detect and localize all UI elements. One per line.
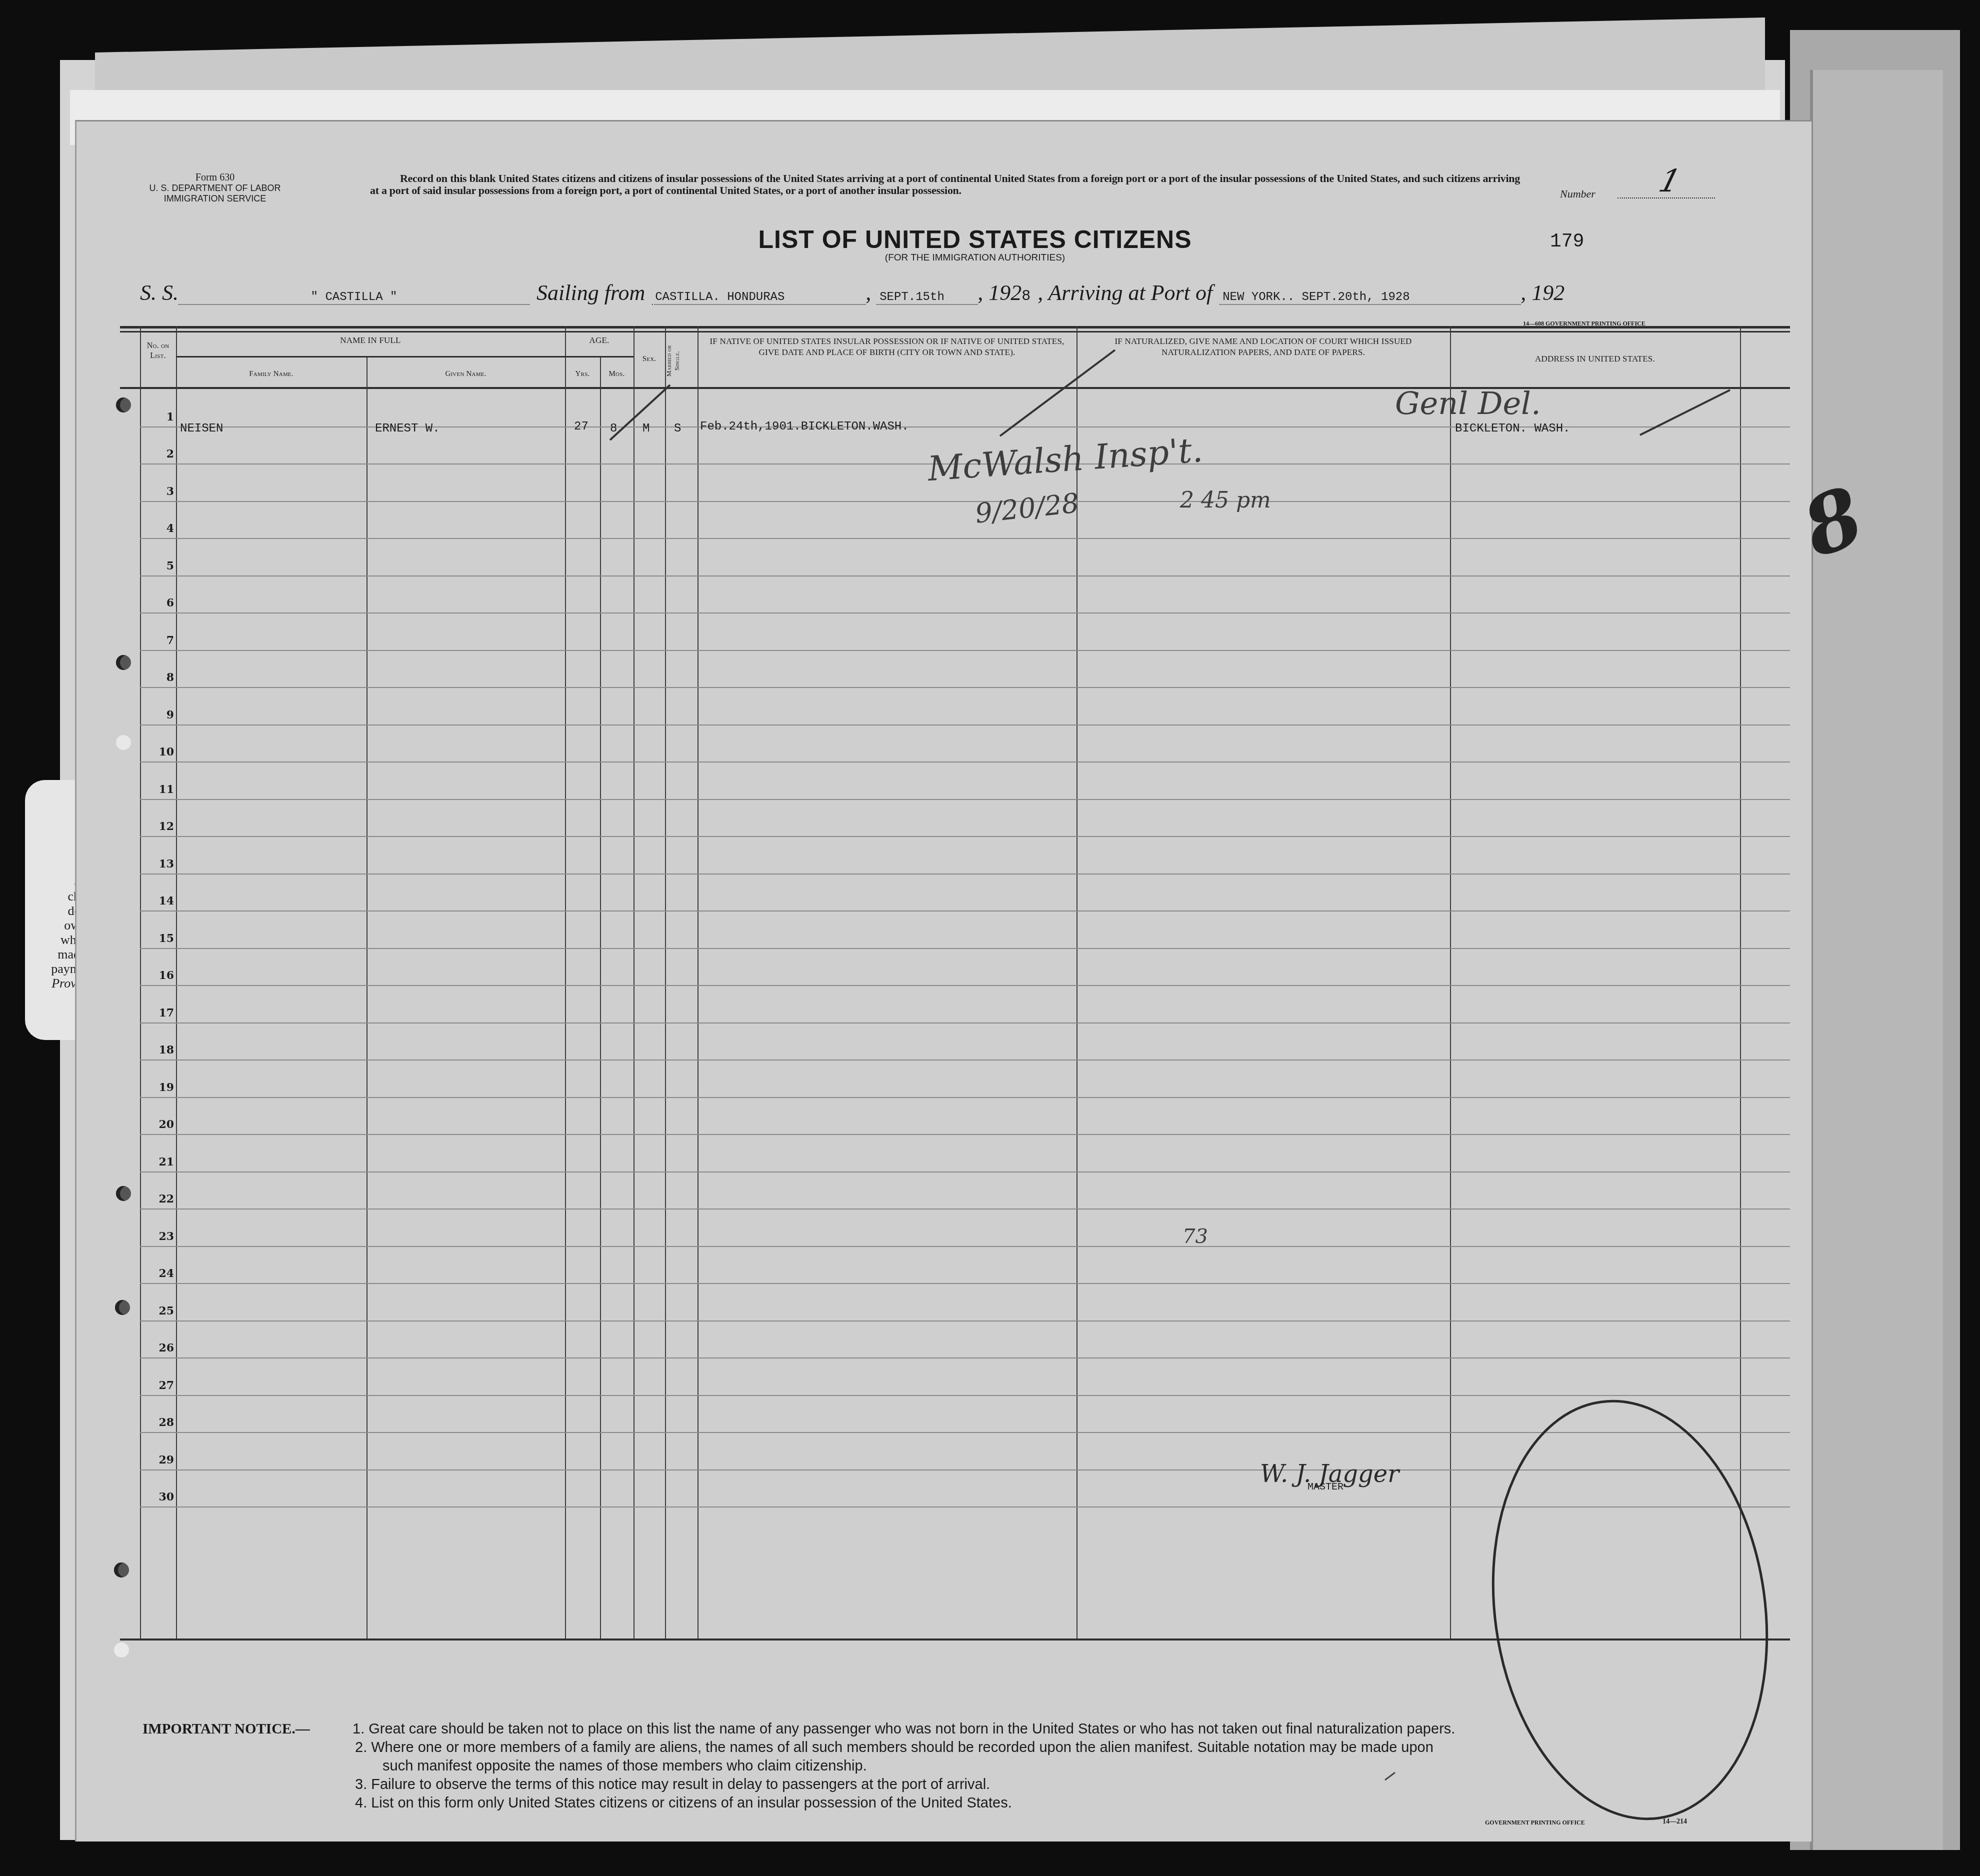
check-mark-stroke [1640, 390, 1730, 435]
form-code: 14—214 [1662, 1818, 1687, 1826]
pencil-marks [0, 0, 1980, 1876]
notice-item-4: 4. List on this form only United States … [142, 1794, 1742, 1812]
notice-label: IMPORTANT NOTICE.— [142, 1720, 352, 1738]
notice-item-2-cont: such manifest opposite the names of thos… [142, 1757, 1742, 1775]
check-mark-stroke [610, 385, 670, 440]
check-mark-stroke [1000, 350, 1115, 436]
notice-item-2: 2. Where one or more members of a family… [142, 1738, 1742, 1757]
notice-item-1: IMPORTANT NOTICE.—1. Great care should b… [142, 1720, 1742, 1738]
important-notice: IMPORTANT NOTICE.—1. Great care should b… [142, 1720, 1742, 1812]
gpo-imprint: GOVERNMENT PRINTING OFFICE [1485, 1819, 1585, 1826]
notice-item-3: 3. Failure to observe the terms of this … [142, 1775, 1742, 1794]
